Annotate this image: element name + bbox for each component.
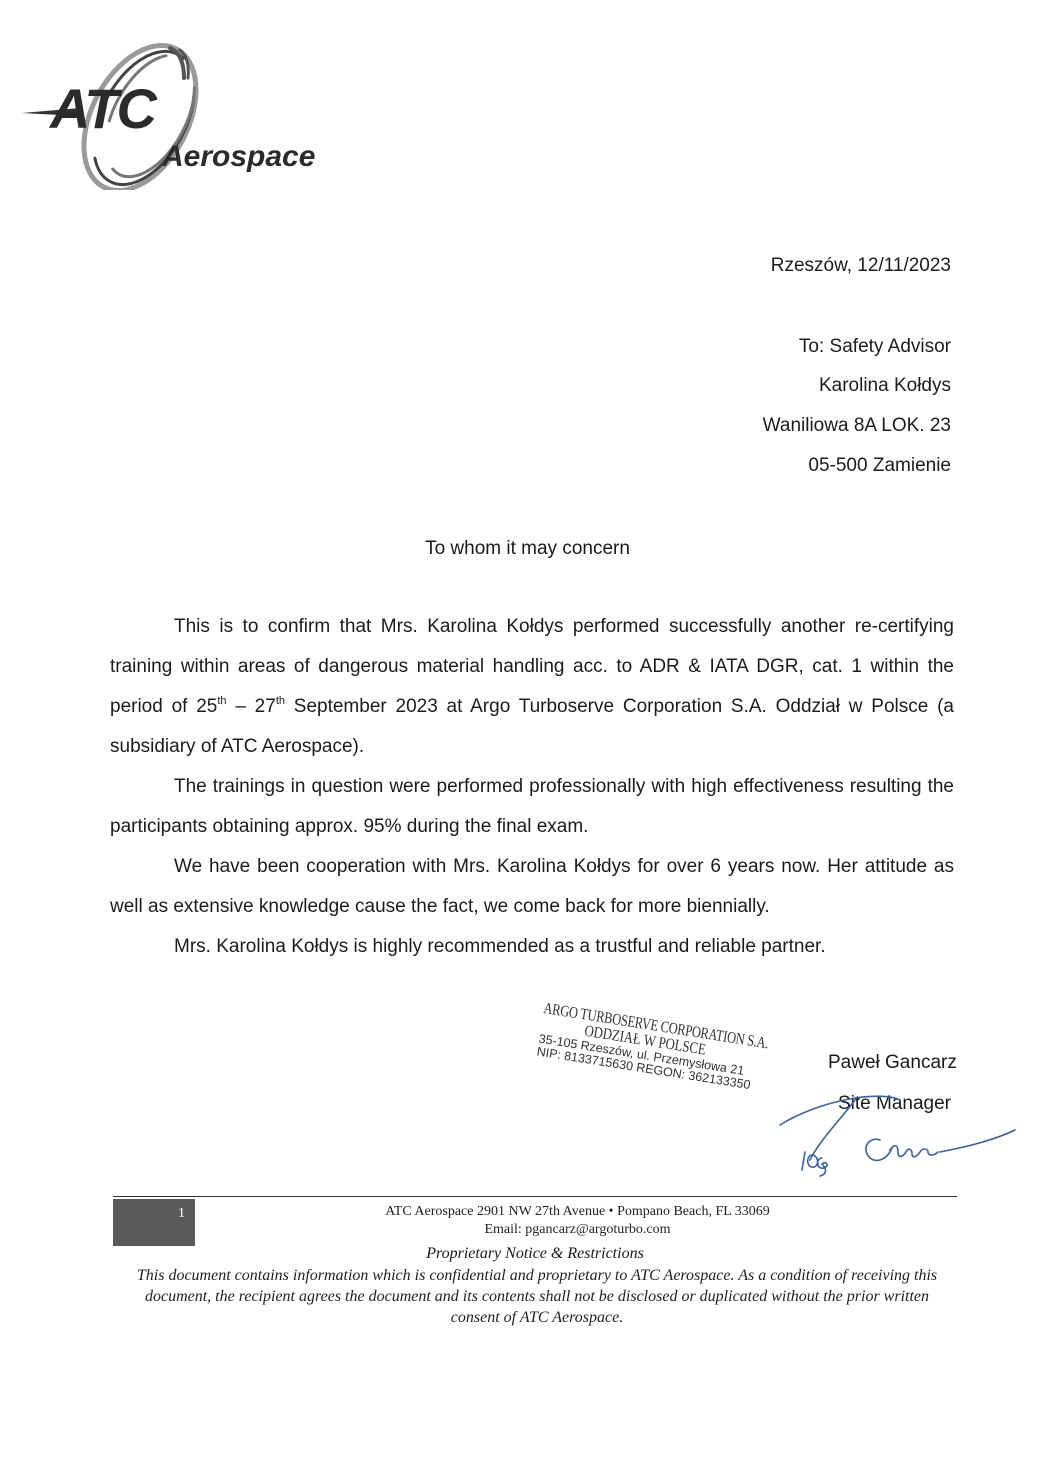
svg-text:ATC: ATC [48, 77, 158, 140]
paragraph-1: This is to confirm that Mrs. Karolina Ko… [110, 607, 954, 767]
footer-divider [113, 1196, 957, 1197]
place-date: Rzeszów, 12/11/2023 [771, 255, 951, 277]
footer-email: Email: pgancarz@argoturbo.com [0, 1222, 1055, 1238]
handwritten-signature [760, 1080, 1020, 1180]
recipient-role: To: Safety Advisor [799, 336, 951, 358]
signature-icon [760, 1080, 1020, 1180]
signatory-name: Paweł Gancarz [828, 1052, 957, 1074]
letter-body: This is to confirm that Mrs. Karolina Ko… [110, 607, 954, 967]
paragraph-3: We have been cooperation with Mrs. Karol… [110, 847, 954, 927]
proprietary-notice-text: This document contains information which… [128, 1265, 946, 1328]
recipient-name: Karolina Kołdys [819, 375, 951, 397]
svg-text:Aerospace: Aerospace [161, 140, 315, 173]
paragraph-2: The trainings in question were performed… [110, 767, 954, 847]
recipient-postal-city: 05-500 Zamienie [808, 455, 951, 477]
footer-address: ATC Aerospace 2901 NW 27th Avenue • Pomp… [0, 1204, 1055, 1220]
proprietary-notice-title: Proprietary Notice & Restrictions [0, 1245, 1055, 1263]
atc-aerospace-logo: ATC Aerospace [20, 40, 360, 190]
salutation: To whom it may concern [0, 538, 1055, 560]
paragraph-4: Mrs. Karolina Kołdys is highly recommend… [110, 927, 954, 967]
atc-swoosh-logo-icon: ATC Aerospace [20, 40, 360, 190]
recipient-street: Waniliowa 8A LOK. 23 [763, 415, 951, 437]
